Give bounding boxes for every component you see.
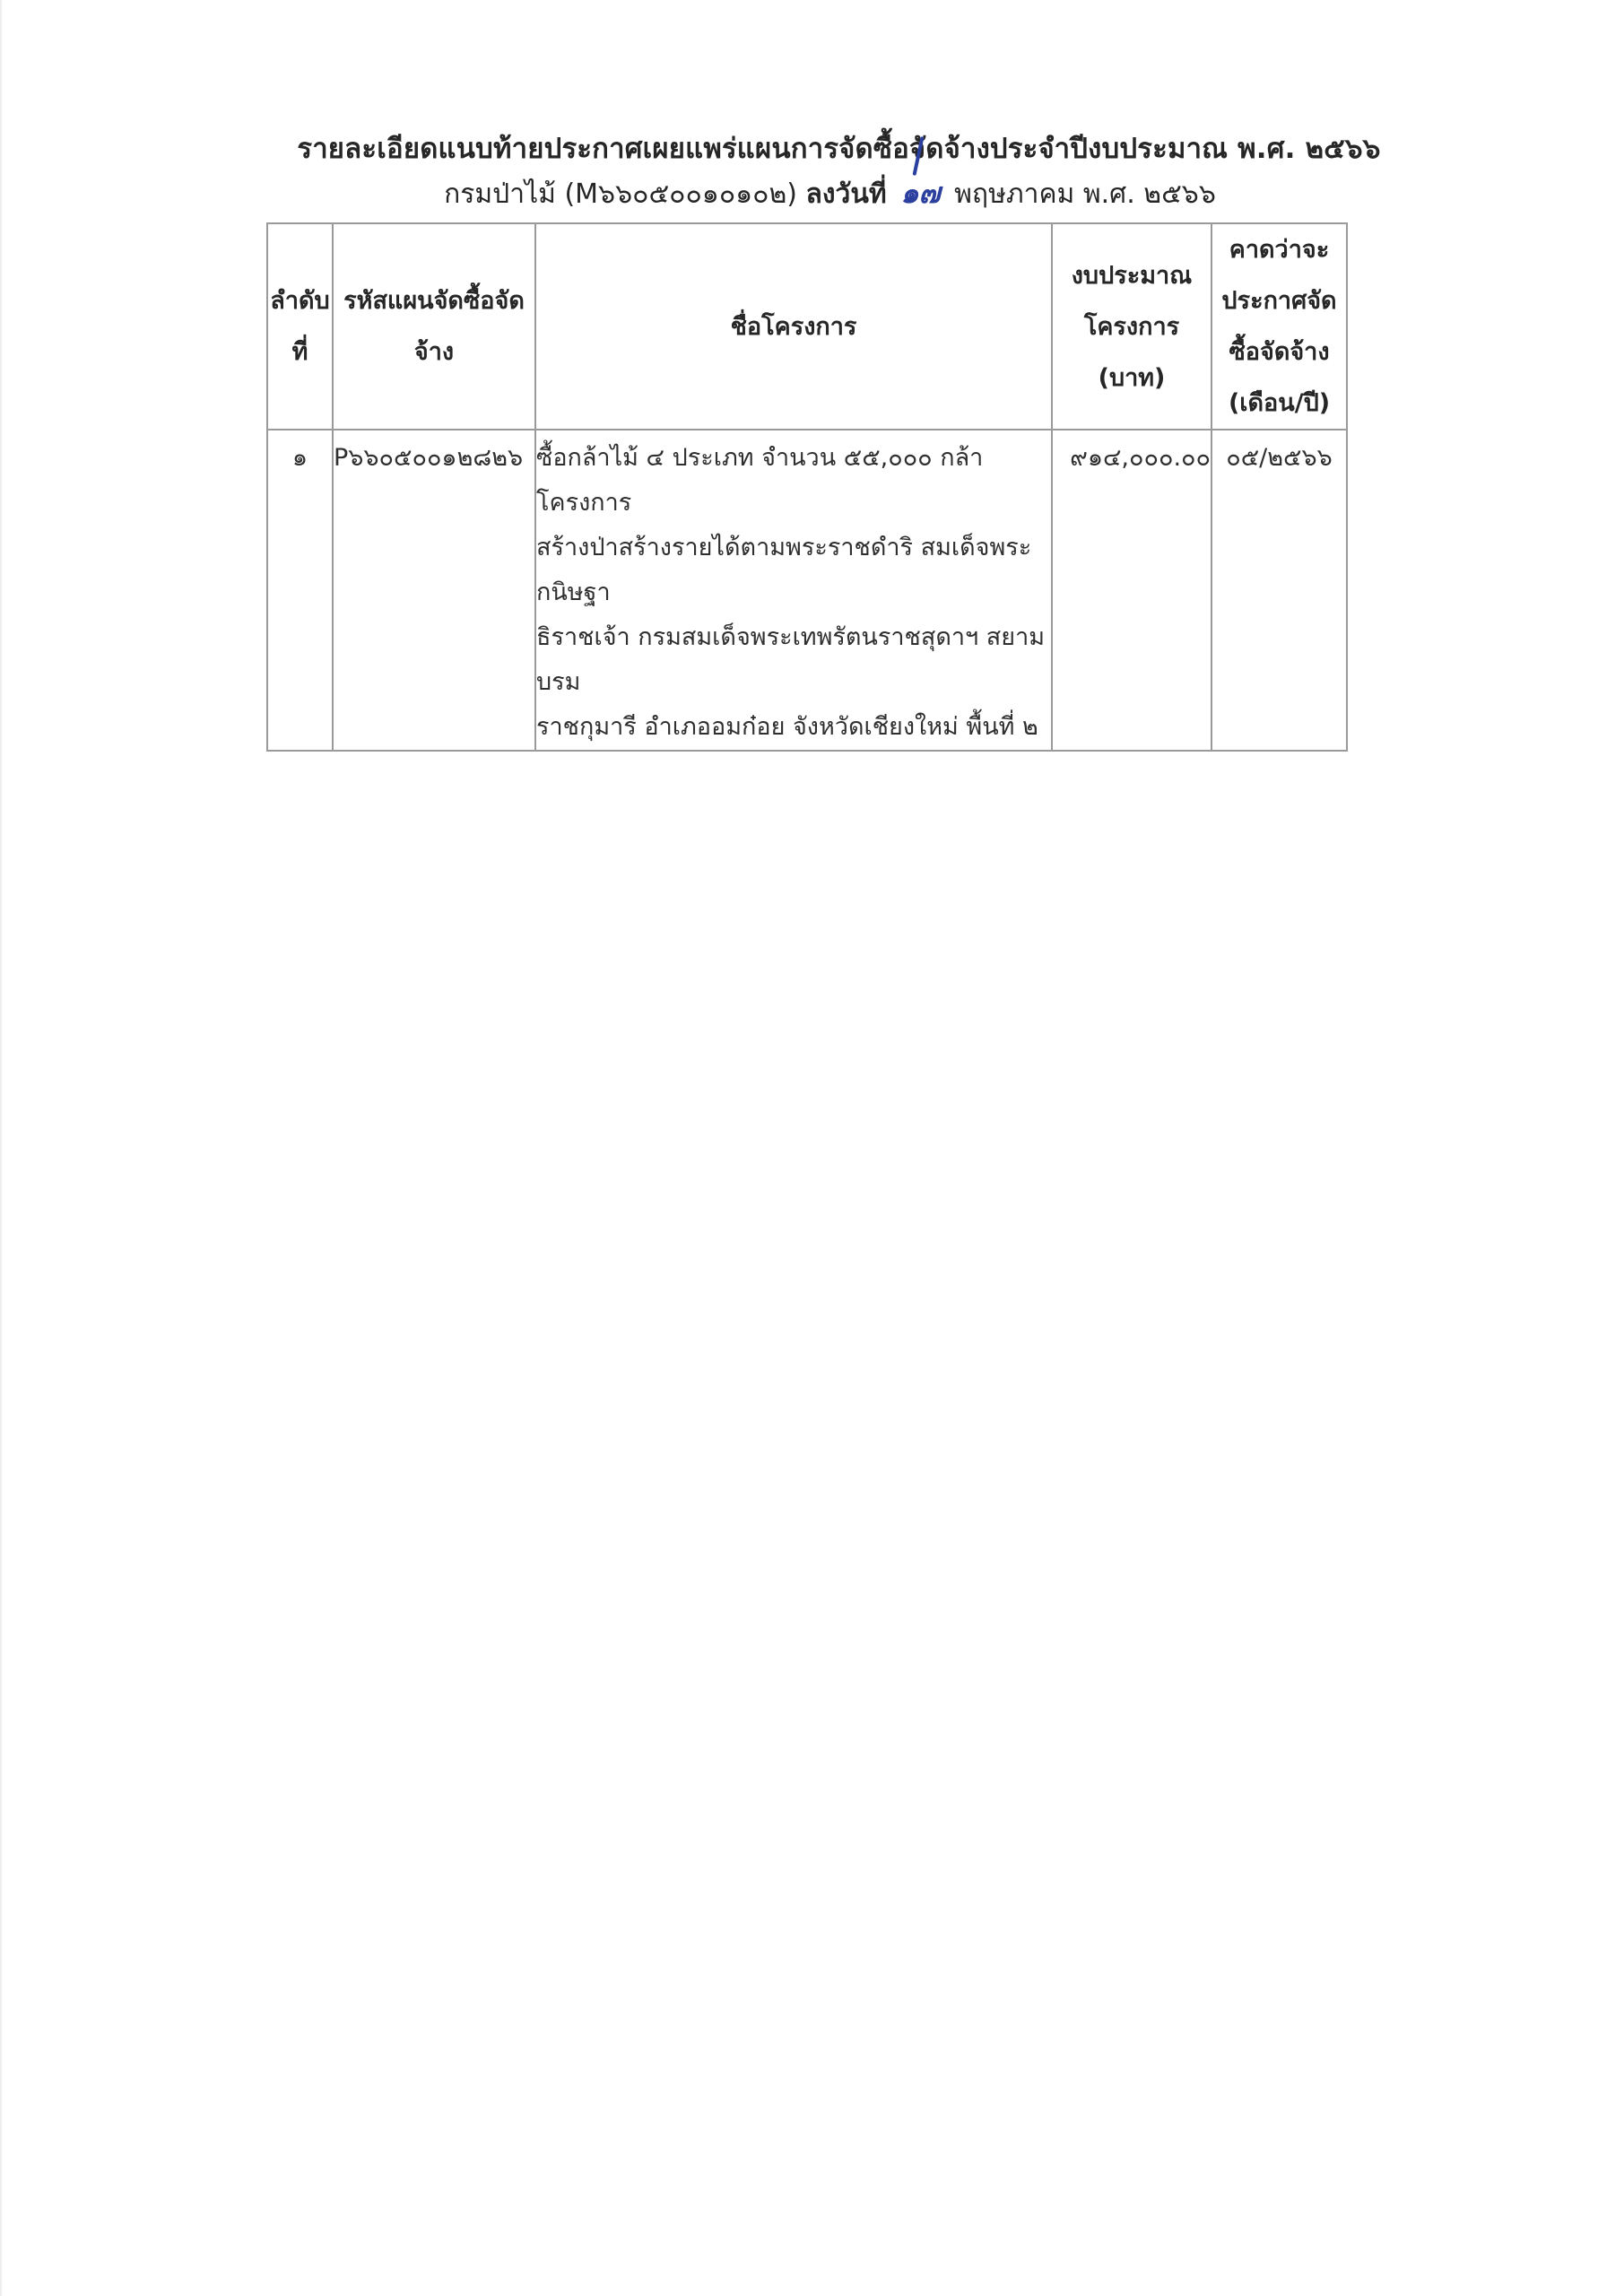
header-project-name: ชื่อโครงการ [535, 223, 1052, 430]
header-budget-line: โครงการ [1053, 301, 1211, 352]
header-expected-month: คาดว่าจะ ประกาศจัด ซื้อจัดจ้าง (เดือน/ปี… [1211, 223, 1347, 430]
header-name-line: ชื่อโครงการ [536, 301, 1051, 352]
header-budget-line: งบประมาณ [1053, 250, 1211, 301]
table-row: ๑ P๖๖๐๕๐๐๑๒๘๒๖ ซื้อกล้าไม้ ๔ ประเภท จำนว… [267, 430, 1347, 751]
cell-plan-code: P๖๖๐๕๐๐๑๒๘๒๖ [333, 430, 535, 751]
header-month-line: คาดว่าจะ [1212, 224, 1346, 275]
cell-budget: ๙๑๔,๐๐๐.๐๐ [1052, 430, 1211, 751]
table-header-row: ลำดับ ที่ รหัสแผนจัดซื้อจัด จ้าง ชื่อโคร… [267, 223, 1347, 430]
header-plan-code: รหัสแผนจัดซื้อจัด จ้าง [333, 223, 535, 430]
header-budget-line: (บาท) [1053, 352, 1211, 404]
document-subtitle: กรมป่าไม้ (M๖๖๐๕๐๐๑๐๑๐๒) ลงวันที่ ๑๗ พฤษ… [0, 170, 1624, 216]
month-year: พฤษภาคม พ.ศ. ๒๕๖๖ [954, 178, 1216, 210]
header-month-line: ซื้อจัดจ้าง [1212, 326, 1346, 378]
header-code-line: รหัสแผนจัดซื้อจัด [334, 275, 534, 326]
scan-page-edge [0, 0, 3, 2296]
project-name-line: สร้างป่าสร้างรายได้ตามพระราชดำริ สมเด็จพ… [536, 526, 1051, 615]
header-month-line: ประกาศจัด [1212, 275, 1346, 326]
project-name-line: ราชกุมารี อำเภออมก๋อย จังหวัดเชียงใหม่ พ… [536, 705, 1051, 750]
date-label: ลงวันที่ [806, 178, 887, 210]
procurement-plan-table: ลำดับ ที่ รหัสแผนจัดซื้อจัด จ้าง ชื่อโคร… [266, 222, 1348, 752]
project-name-line: ซื้อกล้าไม้ ๔ ประเภท จำนวน ๕๕,๐๐๐ กล้า โ… [536, 436, 1051, 526]
header-budget: งบประมาณ โครงการ (บาท) [1052, 223, 1211, 430]
header-seq-line: ที่ [268, 326, 332, 378]
document-title: รายละเอียดแนบท้ายประกาศเผยแพร่แผนการจัดซ… [0, 126, 1624, 170]
cell-seq: ๑ [267, 430, 333, 751]
header-month-line: (เดือน/ปี) [1212, 378, 1346, 429]
header-seq: ลำดับ ที่ [267, 223, 333, 430]
cell-project-name: ซื้อกล้าไม้ ๔ ประเภท จำนวน ๕๕,๐๐๐ กล้า โ… [535, 430, 1052, 751]
header-seq-line: ลำดับ [268, 275, 332, 326]
header-code-line: จ้าง [334, 326, 534, 378]
department-and-code: กรมป่าไม้ (M๖๖๐๕๐๐๑๐๑๐๒) [444, 178, 797, 210]
project-name-line: ธิราชเจ้า กรมสมเด็จพระเทพรัตนราชสุดาฯ สย… [536, 615, 1051, 705]
cell-expected-month: ๐๕/๒๕๖๖ [1211, 430, 1347, 751]
handwritten-day: ๑๗ [900, 170, 940, 216]
